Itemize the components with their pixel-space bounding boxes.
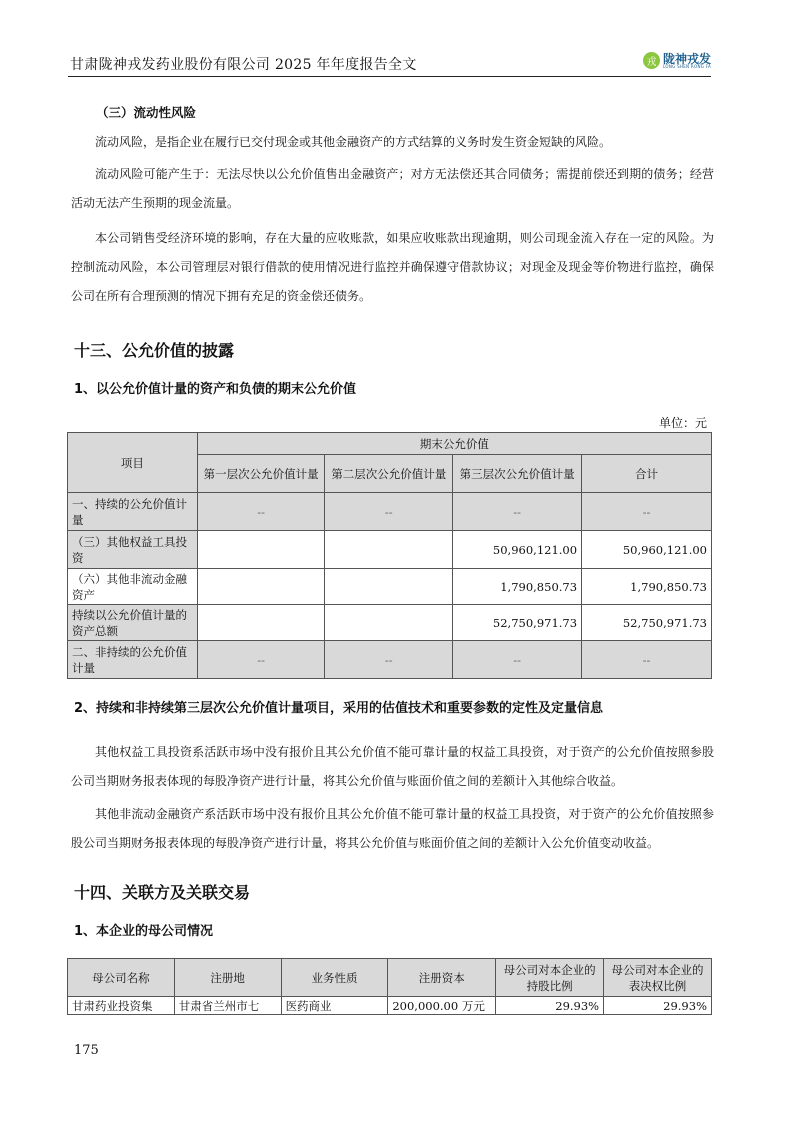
company-logo: 戎 陇神戎发 LONG SHEN RONG FA [643, 52, 711, 69]
valuation-paragraph-1: 其他权益工具投资系活跃市场中没有报价且其公允价值不能可靠计量的权益工具投资，对于… [71, 738, 714, 796]
table-row: （六）其他非流动金融资产 1,790,850.73 1,790,850.73 [68, 569, 712, 605]
section-13-subtitle-2: 2、持续和非持续第三层次公允价值计量项目，采用的估值技术和重要参数的定性及定量信… [74, 697, 603, 716]
header-shareholding-ratio: 母公司对本企业的持股比例 [496, 959, 604, 997]
logo-icon: 戎 [643, 52, 660, 69]
cell: 29.93% [496, 997, 604, 1015]
cell: 1,790,850.73 [453, 569, 582, 605]
cell [197, 605, 325, 641]
cell: 甘肃药业投资集 [68, 997, 175, 1015]
header-registered-place: 注册地 [174, 959, 281, 997]
header-level-2: 第二层次公允价值计量 [325, 455, 453, 493]
fair-value-table: 项目 期末公允价值 第一层次公允价值计量 第二层次公允价值计量 第三层次公允价值… [67, 432, 712, 679]
header-title: 甘肃陇神戎发药业股份有限公司 2025 年年度报告全文 [70, 54, 417, 74]
header-item: 项目 [68, 433, 198, 493]
cell: 200,000.00 万元 [388, 997, 496, 1015]
page-header: 甘肃陇神戎发药业股份有限公司 2025 年年度报告全文 戎 陇神戎发 LONG … [68, 50, 711, 77]
cell [325, 605, 453, 641]
section-13-title: 十三、公允价值的披露 [74, 338, 234, 361]
cell [197, 531, 325, 569]
cell: -- [197, 493, 325, 531]
header-voting-ratio: 母公司对本企业的表决权比例 [604, 959, 712, 997]
table-row: 二、非持续的公允价值计量 -- -- -- -- [68, 641, 712, 679]
valuation-paragraph-2: 其他非流动金融资产系活跃市场中没有报价且其公允价值不能可靠计量的权益工具投资，对… [71, 800, 714, 858]
header-level-3: 第三层次公允价值计量 [453, 455, 582, 493]
table-row: 甘肃药业投资集 甘肃省兰州市七 医药商业 200,000.00 万元 29.93… [68, 997, 712, 1015]
section-14-title: 十四、关联方及关联交易 [74, 880, 250, 903]
cell: 29.93% [604, 997, 712, 1015]
header-total: 合计 [582, 455, 712, 493]
section-13-subtitle-1: 1、以公允价值计量的资产和负债的期末公允价值 [74, 378, 356, 397]
header-level-1: 第一层次公允价值计量 [197, 455, 325, 493]
table-row: （三）其他权益工具投资 50,960,121.00 50,960,121.00 [68, 531, 712, 569]
liquidity-paragraph-3: 本公司销售受经济环境的影响，存在大量的应收账款，如果应收账款出现逾期，则公司现金… [71, 224, 714, 311]
row-label: 二、非持续的公允价值计量 [68, 641, 198, 679]
cell: 52,750,971.73 [453, 605, 582, 641]
row-label: （六）其他非流动金融资产 [68, 569, 198, 605]
cell: 1,790,850.73 [582, 569, 712, 605]
cell: -- [453, 641, 582, 679]
table-row: 一、持续的公允价值计量 -- -- -- -- [68, 493, 712, 531]
cell: -- [325, 641, 453, 679]
parent-company-table: 母公司名称 注册地 业务性质 注册资本 母公司对本企业的持股比例 母公司对本企业… [67, 958, 712, 1015]
row-label: （三）其他权益工具投资 [68, 531, 198, 569]
logo-cn-text: 陇神戎发 [663, 53, 711, 65]
table-row: 持续以公允价值计量的资产总额 52,750,971.73 52,750,971.… [68, 605, 712, 641]
header-registered-capital: 注册资本 [388, 959, 496, 997]
header-period-end-fair-value: 期末公允价值 [197, 433, 711, 455]
cell: 50,960,121.00 [453, 531, 582, 569]
logo-en-text: LONG SHEN RONG FA [663, 65, 711, 69]
cell [325, 531, 453, 569]
cell: 52,750,971.73 [582, 605, 712, 641]
liquidity-risk-heading: （三）流动性风险 [96, 103, 196, 121]
liquidity-paragraph-2: 流动风险可能产生于：无法尽快以公允价值售出金融资产；对方无法偿还其合同债务；需提… [71, 160, 714, 218]
cell: 50,960,121.00 [582, 531, 712, 569]
cell: -- [325, 493, 453, 531]
cell: -- [582, 641, 712, 679]
cell: -- [582, 493, 712, 531]
cell [325, 569, 453, 605]
cell: -- [453, 493, 582, 531]
page-number: 175 [74, 1043, 99, 1058]
cell: 医药商业 [281, 997, 388, 1015]
liquidity-paragraph-1: 流动风险，是指企业在履行已交付现金或其他金融资产的方式结算的义务时发生资金短缺的… [71, 128, 714, 157]
unit-label: 单位：元 [659, 414, 707, 431]
header-business-nature: 业务性质 [281, 959, 388, 997]
section-14-subtitle-1: 1、本企业的母公司情况 [74, 920, 213, 939]
cell [197, 569, 325, 605]
cell: 甘肃省兰州市七 [174, 997, 281, 1015]
row-label: 持续以公允价值计量的资产总额 [68, 605, 198, 641]
header-parent-name: 母公司名称 [68, 959, 175, 997]
row-label: 一、持续的公允价值计量 [68, 493, 198, 531]
cell: -- [197, 641, 325, 679]
